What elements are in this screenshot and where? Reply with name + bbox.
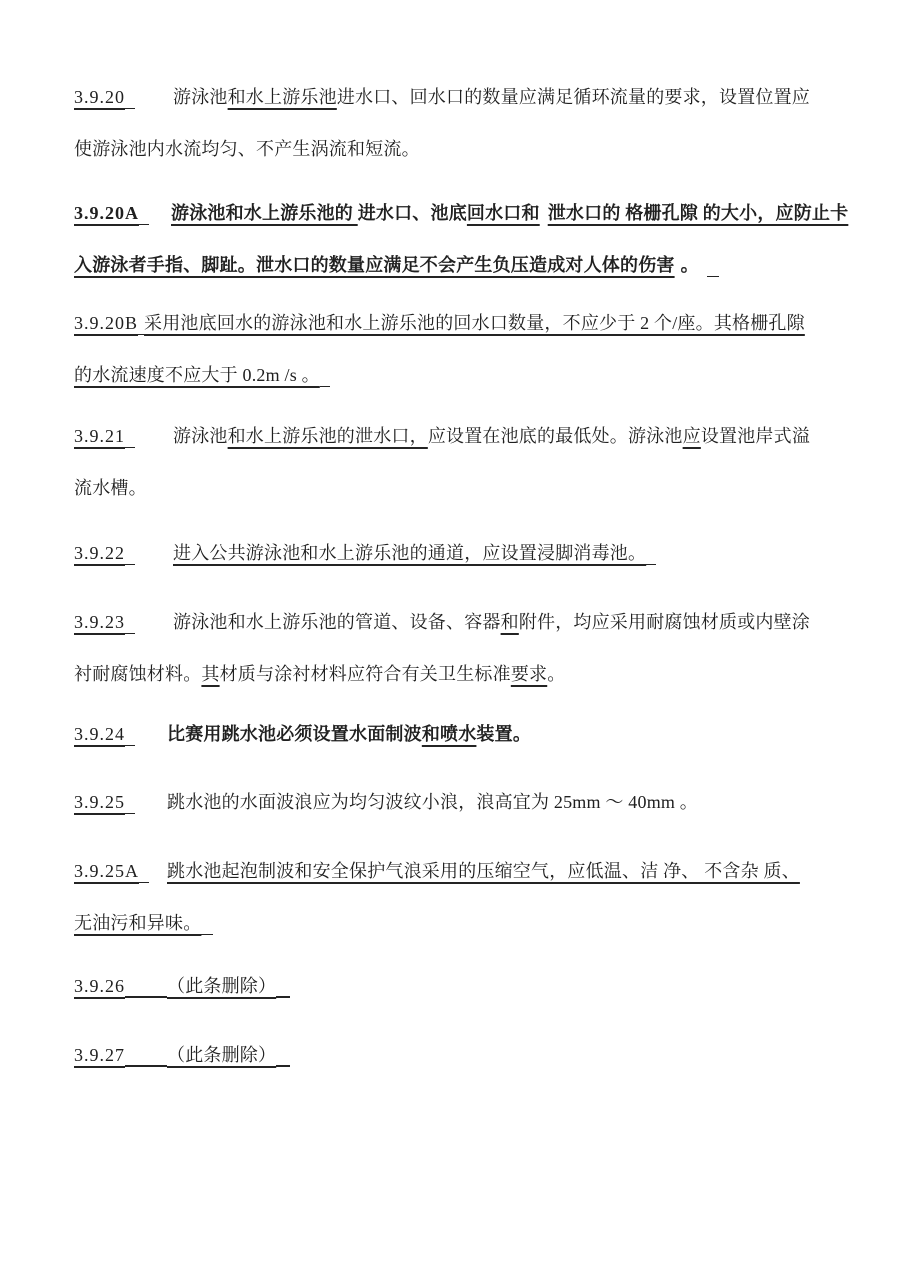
- text-run: 附件，均应采用耐腐蚀材质或内壁涂: [519, 612, 810, 632]
- text-run: （此条删除）: [167, 976, 276, 996]
- text-run: 其: [201, 664, 219, 684]
- clause-number: 3.9.24: [74, 724, 125, 744]
- text-run: 的水流速度不应大于 0.2m /s 。: [74, 365, 320, 385]
- underline-extension: [125, 745, 135, 746]
- underline-extension: [138, 334, 144, 335]
- text-run: 比赛用跳水池必须设置水面制波: [167, 724, 422, 744]
- text-run: 和喷水: [422, 724, 477, 744]
- underline-extension: [276, 996, 290, 998]
- underline-extension: [125, 447, 135, 448]
- text-run: 。: [681, 255, 699, 275]
- text-run: 采用池底回水的游泳池和水上游乐池的回水口数量，不应少于 2 个/座。其格栅孔隙: [144, 313, 805, 333]
- clause-3.9.25: 3.9.25跳水池的水面波浪应为均匀波纹小浪，浪高宜为 25mm ～ 40mm …: [74, 776, 830, 828]
- clause-3.9.20: 3.9.20游泳池和水上游乐池进水口、回水口的数量应满足循环流量的要求，设置位置…: [74, 71, 830, 175]
- clause-line: 3.9.27（此条删除）: [74, 1029, 830, 1081]
- clause-line: 流水槽。: [74, 462, 830, 514]
- text-run: 跳水池的水面波浪应为均匀波纹小浪，浪高宜为 25mm ～ 40mm 。: [167, 792, 698, 812]
- text-run: 无油污和异味。: [74, 913, 201, 933]
- text-run: 进入公共游泳池和水上游乐池的通道，应设置浸脚消毒池。: [173, 543, 646, 563]
- text-run: 泄水口的 格栅孔隙 的大小，应防止卡: [548, 203, 849, 223]
- underline-extension: [276, 1065, 290, 1067]
- clause-number: 3.9.21: [74, 426, 125, 446]
- text-run: 游泳池: [173, 426, 228, 446]
- document-page: 3.9.20游泳池和水上游乐池进水口、回水口的数量应满足循环流量的要求，设置位置…: [0, 0, 900, 1273]
- clause-number: 3.9.27: [74, 1045, 125, 1065]
- text-run: 进水口、池底: [358, 203, 467, 223]
- underline-extension: [646, 564, 656, 565]
- underline-extension: [125, 564, 135, 565]
- clause-3.9.24: 3.9.24比赛用跳水池必须设置水面制波和喷水装置。: [74, 708, 830, 760]
- clause-3.9.23: 3.9.23游泳池和水上游乐池的管道、设备、容器和附件，均应采用耐腐蚀材质或内壁…: [74, 596, 830, 700]
- clause-line: 无油污和异味。: [74, 897, 830, 949]
- clause-line: 3.9.21游泳池和水上游乐池的泄水口，应设置在池底的最低处。游泳池应设置池岸式…: [74, 410, 830, 462]
- text-run: 应设置在池底的最低处。游泳池: [428, 426, 683, 446]
- text-run: 衬耐腐蚀材料。: [74, 664, 201, 684]
- text-run: 入游泳者手指、脚趾。泄水口的数量应满足不会产生负压造成对人体的伤害: [74, 255, 675, 275]
- clause-3.9.25A: 3.9.25A跳水池起泡制波和安全保护气浪采用的压缩空气，应低温、洁 净、 不含…: [74, 845, 830, 949]
- clause-3.9.20B: 3.9.20B采用池底回水的游泳池和水上游乐池的回水口数量，不应少于 2 个/座…: [74, 297, 830, 401]
- clause-line: 3.9.26（此条删除）: [74, 960, 830, 1012]
- clause-number: 3.9.20: [74, 87, 125, 107]
- clause-line: 的水流速度不应大于 0.2m /s 。: [74, 349, 830, 401]
- clause-line: 入游泳者手指、脚趾。泄水口的数量应满足不会产生负压造成对人体的伤害。: [74, 239, 830, 291]
- text-run: 使游泳池内水流均匀、不产生涡流和短流。: [74, 139, 420, 159]
- underline-extension: [125, 1065, 167, 1067]
- text-run: 材质与涂衬材料应符合有关卫生标准: [220, 664, 511, 684]
- clause-line: 衬耐腐蚀材料。其材质与涂衬材料应符合有关卫生标准要求。: [74, 648, 830, 700]
- clause-3.9.21: 3.9.21游泳池和水上游乐池的泄水口，应设置在池底的最低处。游泳池应设置池岸式…: [74, 410, 830, 514]
- text-run: 和水上游乐池: [228, 87, 337, 107]
- clause-line: 3.9.20游泳池和水上游乐池进水口、回水口的数量应满足循环流量的要求，设置位置…: [74, 71, 830, 123]
- text-run: 和: [501, 612, 519, 632]
- text-run: 跳水池起泡制波和安全保护气浪采用的压缩空气，应低温、洁 净、 不含杂 质、: [167, 861, 800, 881]
- underline-extension: [201, 934, 213, 935]
- clause-line: 3.9.20B采用池底回水的游泳池和水上游乐池的回水口数量，不应少于 2 个/座…: [74, 297, 830, 349]
- clause-number: 3.9.26: [74, 976, 125, 996]
- clause-line: 3.9.25跳水池的水面波浪应为均匀波纹小浪，浪高宜为 25mm ～ 40mm …: [74, 776, 830, 828]
- text-run: 回水口和: [467, 203, 540, 223]
- underline-extension: [139, 882, 149, 883]
- text-run: （此条删除）: [167, 1045, 276, 1065]
- clause-number: 3.9.25: [74, 792, 125, 812]
- clause-3.9.22: 3.9.22进入公共游泳池和水上游乐池的通道，应设置浸脚消毒池。: [74, 527, 830, 579]
- text-run: 游泳池和水上游乐池的: [171, 203, 358, 223]
- clause-line: 3.9.23游泳池和水上游乐池的管道、设备、容器和附件，均应采用耐腐蚀材质或内壁…: [74, 596, 830, 648]
- clause-number: 3.9.25A: [74, 861, 139, 881]
- underline-extension: [125, 813, 135, 814]
- clause-line: 3.9.25A跳水池起泡制波和安全保护气浪采用的压缩空气，应低温、洁 净、 不含…: [74, 845, 830, 897]
- underline-extension: [125, 108, 135, 109]
- text-run: 应: [683, 426, 701, 446]
- underline-extension: [320, 386, 330, 387]
- text-run: 游泳池: [173, 87, 228, 107]
- text-run: 和水上游乐池的泄水口，: [228, 426, 428, 446]
- clause-number: 3.9.20A: [74, 203, 139, 223]
- underline-extension: [125, 996, 167, 998]
- clause-line: 3.9.20A游泳池和水上游乐池的 进水口、池底回水口和泄水口的 格栅孔隙 的大…: [74, 187, 830, 239]
- text-run: 装置。: [476, 724, 531, 744]
- clause-3.9.27: 3.9.27（此条删除）: [74, 1029, 830, 1081]
- underline-extension: [707, 276, 719, 277]
- clause-line: 使游泳池内水流均匀、不产生涡流和短流。: [74, 123, 830, 175]
- underline-extension: [125, 633, 135, 634]
- clause-3.9.26: 3.9.26（此条删除）: [74, 960, 830, 1012]
- text-run: 设置池岸式溢: [701, 426, 810, 446]
- clause-number: 3.9.22: [74, 543, 125, 563]
- text-run: 流水槽。: [74, 478, 147, 498]
- text-run: 要求: [511, 664, 547, 684]
- clause-line: 3.9.24比赛用跳水池必须设置水面制波和喷水装置。: [74, 708, 830, 760]
- clause-3.9.20A: 3.9.20A游泳池和水上游乐池的 进水口、池底回水口和泄水口的 格栅孔隙 的大…: [74, 187, 830, 291]
- clause-line: 3.9.22进入公共游泳池和水上游乐池的通道，应设置浸脚消毒池。: [74, 527, 830, 579]
- text-run: 进水口、回水口的数量应满足循环流量的要求，设置位置应: [337, 87, 810, 107]
- underline-extension: [139, 224, 149, 225]
- clause-number: 3.9.23: [74, 612, 125, 632]
- clause-number: 3.9.20B: [74, 313, 138, 333]
- text-run: 游泳池和水上游乐池的管道、设备、容器: [173, 612, 501, 632]
- text-run: 。: [547, 664, 565, 684]
